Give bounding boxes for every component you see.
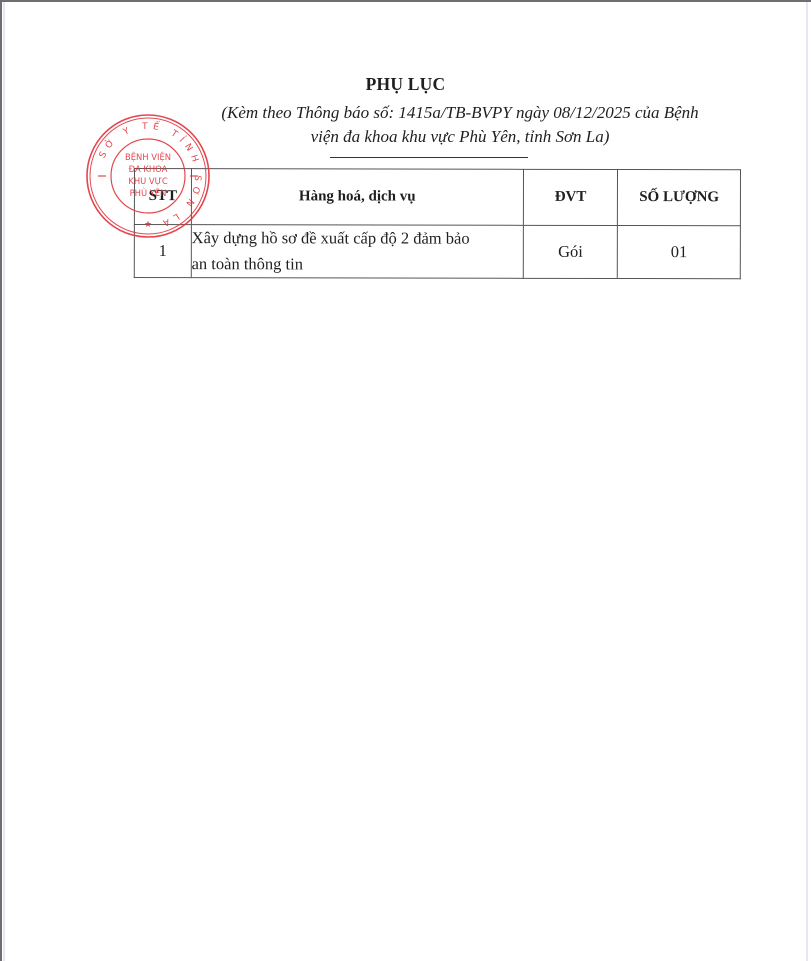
appendix-table: STT Hàng hoá, dịch vụ ĐVT SỐ LƯỢNG 1 Xây… bbox=[134, 168, 741, 279]
document-title: PHỤ LỤC bbox=[0, 74, 811, 95]
table-header-row: STT Hàng hoá, dịch vụ ĐVT SỐ LƯỢNG bbox=[134, 169, 740, 226]
table-row: 1 Xây dựng hồ sơ đề xuất cấp độ 2 đảm bả… bbox=[134, 225, 740, 279]
cell-stt: 1 bbox=[134, 225, 191, 278]
cell-unit: Gói bbox=[523, 225, 618, 278]
document-subtitle: (Kèm theo Thông báo số: 1415a/TB-BVPY ng… bbox=[180, 101, 740, 149]
item-line-1: Xây dựng hồ sơ đề xuất cấp độ 2 đảm bảo bbox=[192, 225, 523, 252]
header-unit: ĐVT bbox=[523, 169, 618, 225]
subtitle-line-2: viện đa khoa khu vực Phù Yên, tỉnh Sơn L… bbox=[180, 125, 740, 149]
cell-quantity: 01 bbox=[618, 226, 741, 279]
subtitle-line-1: (Kèm theo Thông báo số: 1415a/TB-BVPY ng… bbox=[180, 101, 740, 125]
title-divider bbox=[330, 157, 528, 158]
cell-item: Xây dựng hồ sơ đề xuất cấp độ 2 đảm bảo … bbox=[191, 225, 523, 279]
header-stt: STT bbox=[134, 169, 191, 225]
header-item: Hàng hoá, dịch vụ bbox=[191, 169, 523, 226]
scan-edge-right bbox=[806, 2, 808, 961]
scan-edge-left bbox=[3, 2, 5, 961]
item-line-2: an toàn thông tin bbox=[192, 251, 523, 278]
header-quantity: SỐ LƯỢNG bbox=[618, 170, 741, 226]
